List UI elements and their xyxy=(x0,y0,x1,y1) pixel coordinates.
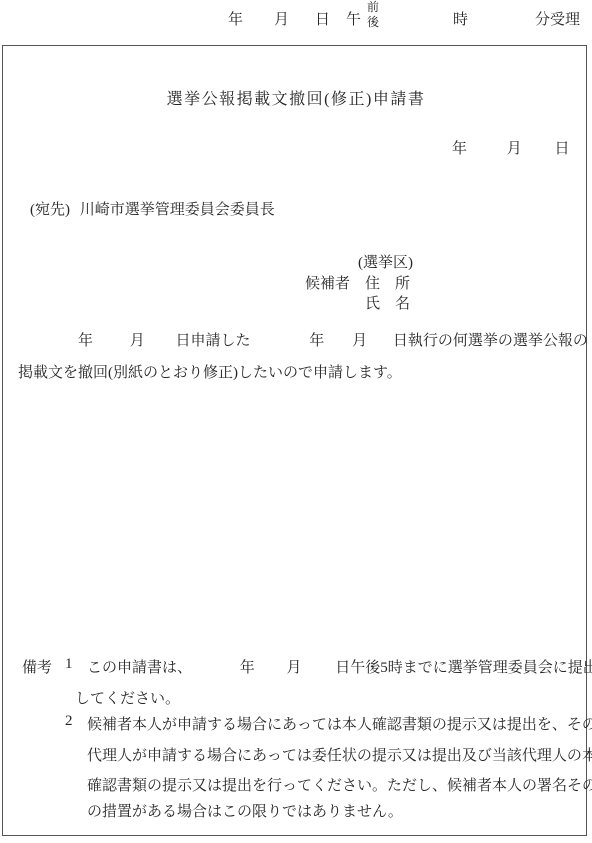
note-1-number: 1 xyxy=(65,656,73,673)
candidate-district-label: (選挙区) xyxy=(358,251,413,272)
note-1-segment-1: この申請書は、 xyxy=(87,656,192,677)
receipt-am-pm-stack: 前 後 xyxy=(367,0,379,30)
note-2-line-4: の措置がある場合はこの限りではありません。 xyxy=(87,800,403,821)
application-form-page: 年 月 日 午 前 後 時 分受理 選挙公報掲載文撤回(修正)申請書 年 月 日… xyxy=(0,0,592,843)
receipt-month-label: 月 xyxy=(274,8,289,29)
receipt-am-label: 前 xyxy=(367,0,379,15)
note-1-month-label: 月 xyxy=(287,656,302,677)
receipt-pm-label: 後 xyxy=(367,15,379,30)
form-title: 選挙公報掲載文撤回(修正)申請書 xyxy=(0,86,592,109)
body-year2-label: 年 xyxy=(309,329,324,350)
body-segment-1: 日申請した xyxy=(176,329,251,350)
notes-label: 備考 xyxy=(22,656,52,677)
note-2-line-1: 候補者本人が申請する場合にあっては本人確認書類の提示又は提出を、その xyxy=(87,713,592,734)
candidate-name-label: 氏 名 xyxy=(365,292,410,313)
body-line-2: 掲載文を撤回(別紙のとおり修正)したいので申請します。 xyxy=(18,361,402,382)
candidate-role-label: 候補者 xyxy=(305,272,350,293)
candidate-address-label: 住 所 xyxy=(365,272,410,293)
note-2-number: 2 xyxy=(65,713,73,730)
note-2-line-2: 代理人が申請する場合にあっては委任状の提示又は提出及び当該代理人の本人 xyxy=(87,744,592,765)
receipt-day-label: 日 xyxy=(315,8,330,29)
body-month2-label: 月 xyxy=(352,329,367,350)
date-day-label: 日 xyxy=(555,137,570,158)
note-1-line-1: この申請書は、 年 月 日午後5時までに選挙管理委員会に提出 xyxy=(87,656,592,677)
receipt-meridiem-prefix: 午 xyxy=(346,8,361,29)
addressee-name: 川崎市選挙管理委員会委員長 xyxy=(80,198,275,219)
note-1-segment-2: 日午後5時までに選挙管理委員会に提出 xyxy=(335,656,592,677)
body-year1-label: 年 xyxy=(78,329,93,350)
note-1-year-label: 年 xyxy=(240,656,255,677)
form-date-line: 年 月 日 xyxy=(452,137,570,158)
note-2-line-3: 確認書類の提示又は提出を行ってください。ただし、候補者本人の署名その他 xyxy=(87,774,592,795)
body-line-1: 年 月 日申請した 年 月 日執行の何選挙の選挙公報の xyxy=(78,329,588,350)
receipt-hour-label: 時 xyxy=(453,8,468,29)
note-1-line-2: してください。 xyxy=(75,687,180,708)
body-month1-label: 月 xyxy=(130,329,145,350)
addressee-prefix: (宛先) xyxy=(30,198,70,219)
receipt-minute-received-label: 分受理 xyxy=(535,8,580,29)
addressee-line: (宛先) 川崎市選挙管理委員会委員長 xyxy=(30,198,275,219)
body-segment-2: 日執行の何選挙の選挙公報の xyxy=(393,329,588,350)
date-year-label: 年 xyxy=(452,137,467,158)
date-month-label: 月 xyxy=(507,137,522,158)
receipt-year-label: 年 xyxy=(228,8,243,29)
